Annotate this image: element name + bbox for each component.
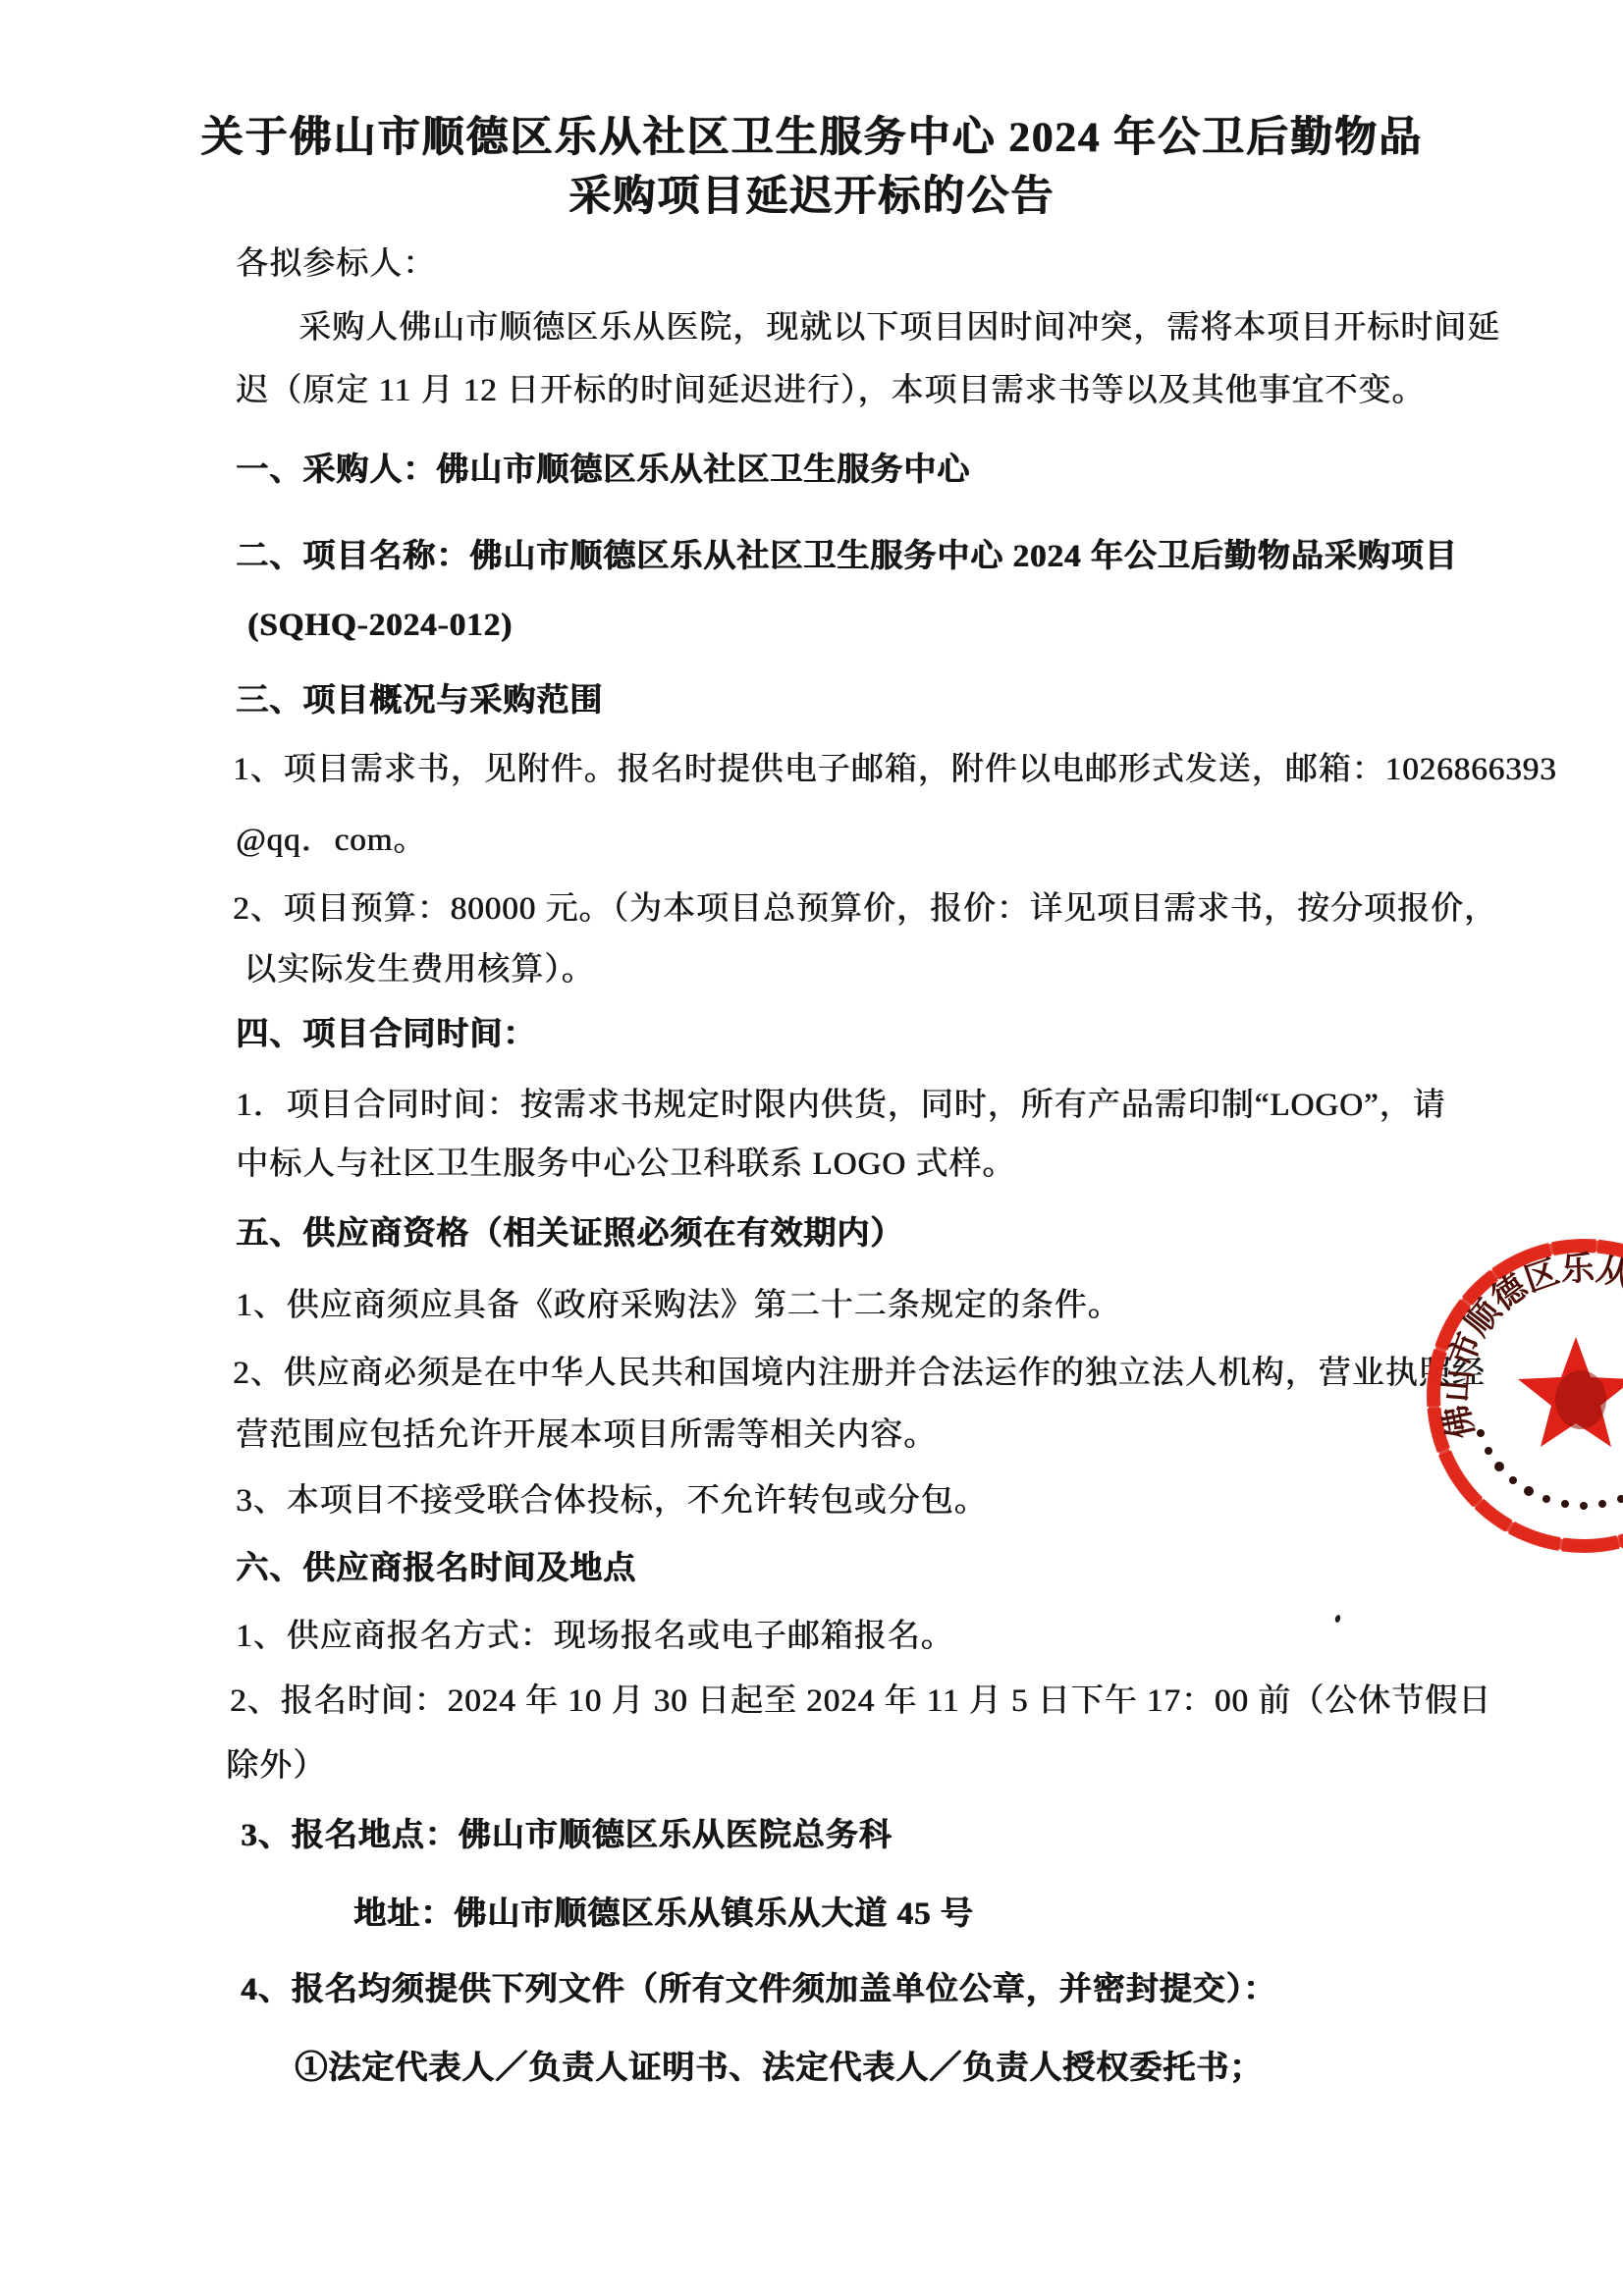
- section-6-item-1: 1、供应商报名方式：现场报名或电子邮箱报名。: [236, 1616, 954, 1657]
- scanned-announcement-page: 关于佛山市顺德区乐从社区卫生服务中心 2024 年公卫后勤物品 采购项目延迟开标…: [0, 0, 1623, 2296]
- stamp-ring-text-holder: 佛山市顺德区乐从社: [1437, 1250, 1623, 1442]
- section-6-heading: 六、供应商报名时间及地点: [236, 1548, 636, 1589]
- section-6-item-4-sub-1: ①法定代表人／负责人证明书、法定代表人／负责人授权委托书；: [295, 2048, 1263, 2089]
- section-1-buyer: 一、采购人：佛山市顺德区乐从社区卫生服务中心: [236, 450, 970, 491]
- section-5-heading: 五、供应商资格（相关证照必须在有效期内）: [236, 1213, 903, 1255]
- section-6-item-2-line-1: 2、报名时间：2024 年 10 月 30 日起至 2024 年 11 月 5 …: [230, 1681, 1491, 1722]
- section-3-item-1-line-1: 1、项目需求书，见附件。报名时提供电子邮箱，附件以电邮形式发送，邮箱：10268…: [233, 749, 1557, 790]
- section-4-item-1-line-2: 中标人与社区卫生服务中心公卫科联系 LOGO 式样。: [236, 1144, 1015, 1185]
- section-6-item-2-line-2: 除外）: [226, 1745, 326, 1787]
- section-5-item-3: 3、本项目不接受联合体投标，不允许转包或分包。: [236, 1480, 988, 1522]
- intro-line-1: 采购人佛山市顺德区乐从医院，现就以下项目因时间冲突，需将本项目开标时间延: [298, 307, 1500, 348]
- doc-title-line1: 关于佛山市顺德区乐从社区卫生服务中心 2024 年公卫后勤物品: [0, 113, 1623, 164]
- section-5-item-1: 1、供应商须应具备《政府采购法》第二十二条规定的条件。: [236, 1285, 1121, 1326]
- stamp-star-overprint: [1555, 1370, 1606, 1429]
- stamp-ring-text: 佛山市顺德区乐从社: [1437, 1250, 1623, 1442]
- section-3-item-2-line-2: 以实际发生费用核算）。: [243, 949, 595, 990]
- stamp-ring-inner: [1434, 1246, 1623, 1546]
- section-3-heading: 三、项目概况与采购范围: [236, 680, 603, 721]
- stamp-bottom-marks: [1477, 1429, 1623, 1510]
- section-6-item-3-line-1: 3、报名地点：佛山市顺德区乐从医院总务科: [241, 1815, 893, 1856]
- intro-line-2: 迟（原定 11 月 12 日开标的时间延迟进行），本项目需求书等以及其他事宜不变…: [236, 370, 1425, 411]
- section-5-item-2-line-1: 2、供应商必须是在中华人民共和国境内注册并合法运作的独立法人机构，营业执照经: [233, 1353, 1486, 1394]
- section-6-item-4: 4、报名均须提供下列文件（所有文件须加盖单位公章，并密封提交）：: [241, 1969, 1276, 2010]
- section-4-item-1-line-1: 1．项目合同时间：按需求书规定时限内供货，同时，所有产品需印制“LOGO”，请: [236, 1085, 1445, 1126]
- section-5-item-2-line-2: 营范围应包括允许开展本项目所需等相关内容。: [236, 1415, 937, 1456]
- salutation: 各拟参标人：: [236, 243, 436, 285]
- section-4-heading: 四、项目合同时间：: [236, 1014, 536, 1055]
- section-2-project-code: (SQHQ-2024-012): [247, 605, 513, 646]
- stamp-star-icon: [1518, 1337, 1623, 1447]
- scan-speck: [1334, 1614, 1341, 1623]
- section-2-project-name: 二、项目名称：佛山市顺德区乐从社区卫生服务中心 2024 年公卫后勤物品采购项目: [236, 536, 1458, 577]
- stamp-ring: [1434, 1246, 1623, 1546]
- section-3-item-2-line-1: 2、项目预算：80000 元。（为本项目总预算价，报价：详见项目需求书，按分项报…: [233, 888, 1497, 930]
- section-6-item-3-line-2: 地址：佛山市顺德区乐从镇乐从大道 45 号: [353, 1894, 974, 1935]
- section-3-item-1-line-2: @qq．com。: [236, 820, 426, 861]
- doc-title-line2: 采购项目延迟开标的公告: [0, 172, 1623, 223]
